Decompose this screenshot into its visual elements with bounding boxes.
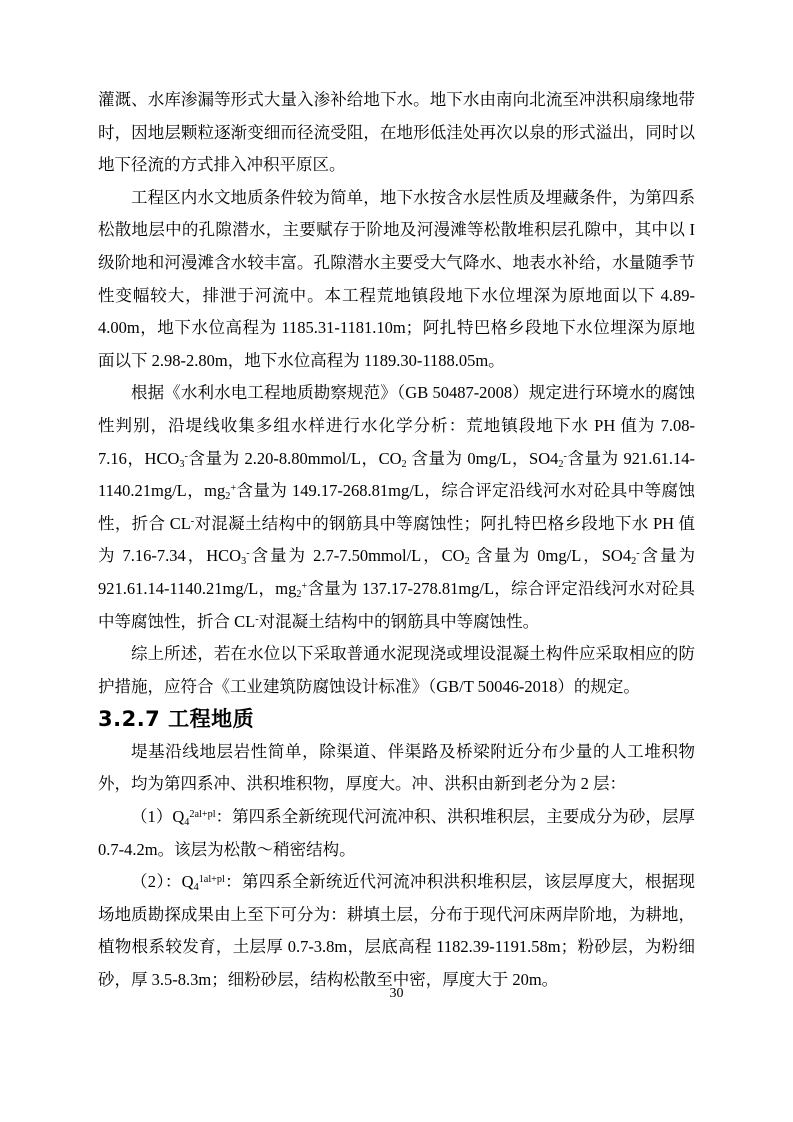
para-groundwater-recharge: 灌溉、水库渗漏等形式大量入渗补给地下水。地下水由南向北流至冲洪积扇缘地带时，因地… <box>98 84 695 182</box>
para-water-corrosion-analysis: 根据《水利水电工程地质勘察规范》（GB 50487-2008）规定进行环境水的腐… <box>98 377 695 638</box>
document-page: 灌溉、水库渗漏等形式大量入渗补给地下水。地下水由南向北流至冲洪积扇缘地带时，因地… <box>0 0 793 1122</box>
page-number: 30 <box>0 986 793 1002</box>
para-hydrogeology-conditions: 工程区内水文地质条件较为简单，地下水按含水层性质及埋藏条件，为第四系松散地层中的… <box>98 182 695 378</box>
para-protection-conclusion: 综上所述，若在水位以下采取普通水泥现浇或埋设混凝土构件应采取相应的防护措施，应符… <box>98 638 695 703</box>
para-layer-1: （1）Q42al+pl：第四系全新统现代河流冲积、洪积堆积层，主要成分为砂，层厚… <box>98 801 695 866</box>
para-stratum-overview: 堤基沿线地层岩性简单，除渠道、伴渠路及桥梁附近分布少量的人工堆积物外，均为第四系… <box>98 736 695 801</box>
page-body: 灌溉、水库渗漏等形式大量入渗补给地下水。地下水由南向北流至冲洪积扇缘地带时，因地… <box>98 84 695 997</box>
para-layer-2: （2）：Q41al+pl：第四系全新统近代河流冲积洪积堆积层，该层厚度大，根据现… <box>98 866 695 996</box>
section-heading-3-2-7: 3.2.7 工程地质 <box>98 703 695 736</box>
